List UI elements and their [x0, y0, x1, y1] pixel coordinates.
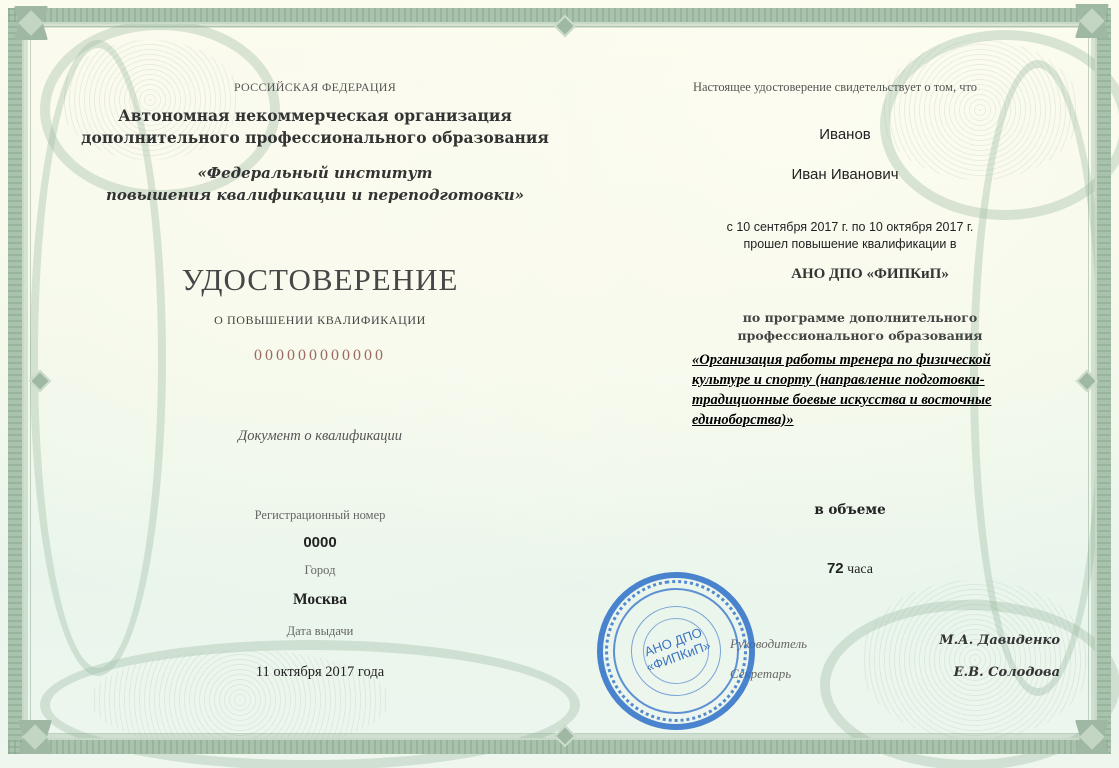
- guilloche-pattern: [880, 40, 1080, 180]
- document-subtitle: О ПОВЫШЕНИИ КВАЛИФИКАЦИИ: [100, 313, 540, 328]
- corner-ornament: [18, 720, 52, 754]
- hours-value: 72: [827, 560, 844, 577]
- serial-number: 000000000000: [100, 347, 540, 365]
- training-period: с 10 сентября 2017 г. по 10 октября 2017…: [660, 220, 1040, 234]
- decorative-swirl: [40, 640, 580, 768]
- border-diamond-ornament: [29, 370, 52, 393]
- program-line-1: по программе дополнительного: [690, 309, 1030, 327]
- country-heading: РОССИЙСКАЯ ФЕДЕРАЦИЯ: [140, 80, 490, 95]
- hours: 72 часа: [700, 560, 1000, 578]
- document-title: УДОСТОВЕРЕНИЕ: [100, 262, 540, 298]
- corner-ornament: [1075, 720, 1109, 754]
- institute-line-2: повышения квалификации и переподготовки»: [70, 184, 560, 206]
- training-statement: прошел повышение квалификации в: [660, 237, 1040, 251]
- official-stamp: АНО ДПО «ФИПКиП»: [587, 562, 765, 740]
- decorative-swirl: [880, 30, 1119, 220]
- registration-number-label: Регистрационный номер: [160, 508, 480, 523]
- certificate-document: РОССИЙСКАЯ ФЕДЕРАЦИЯ Автономная некоммер…: [0, 0, 1119, 768]
- organization-short-name: АНО ДПО «ФИПКиП»: [680, 266, 1060, 283]
- hours-unit: часа: [847, 562, 873, 577]
- certifies-statement: Настоящее удостоверение свидетельствует …: [620, 80, 1050, 95]
- organization-name: Автономная некоммерческая организация до…: [70, 105, 560, 149]
- border-diamond-ornament: [1076, 370, 1099, 393]
- corner-ornament: [14, 6, 48, 40]
- program-line-2: профессионального образования: [690, 327, 1030, 345]
- border-diamond-ornament: [554, 725, 577, 748]
- holder-first-middle-name: Иван Иванович: [700, 166, 990, 183]
- head-name: М.А. Давиденко: [900, 633, 1060, 648]
- course-title: «Организация работы тренера по физическо…: [692, 350, 1052, 430]
- document-type: Документ о квалификации: [100, 428, 540, 445]
- city-label: Город: [160, 563, 480, 578]
- holder-last-name: Иванов: [700, 126, 990, 143]
- issue-date-label: Дата выдачи: [160, 624, 480, 639]
- corner-ornament: [1075, 4, 1109, 38]
- program-description: по программе дополнительного профессиона…: [690, 309, 1030, 345]
- city-value: Москва: [160, 591, 480, 609]
- organization-line-2: дополнительного профессионального образо…: [70, 127, 560, 149]
- issue-date: 11 октября 2017 года: [160, 664, 480, 681]
- institute-line-1: «Федеральный институт: [70, 162, 560, 184]
- volume-label: в объеме: [700, 502, 1000, 518]
- organization-line-1: Автономная некоммерческая организация: [70, 105, 560, 127]
- guilloche-pattern: [860, 580, 1090, 740]
- institute-name: «Федеральный институт повышения квалифик…: [70, 162, 560, 206]
- border-diamond-ornament: [554, 15, 577, 38]
- decorative-swirl: [820, 600, 1119, 768]
- secretary-name: Е.В. Солодова: [900, 665, 1060, 680]
- registration-number: 0000: [160, 534, 480, 551]
